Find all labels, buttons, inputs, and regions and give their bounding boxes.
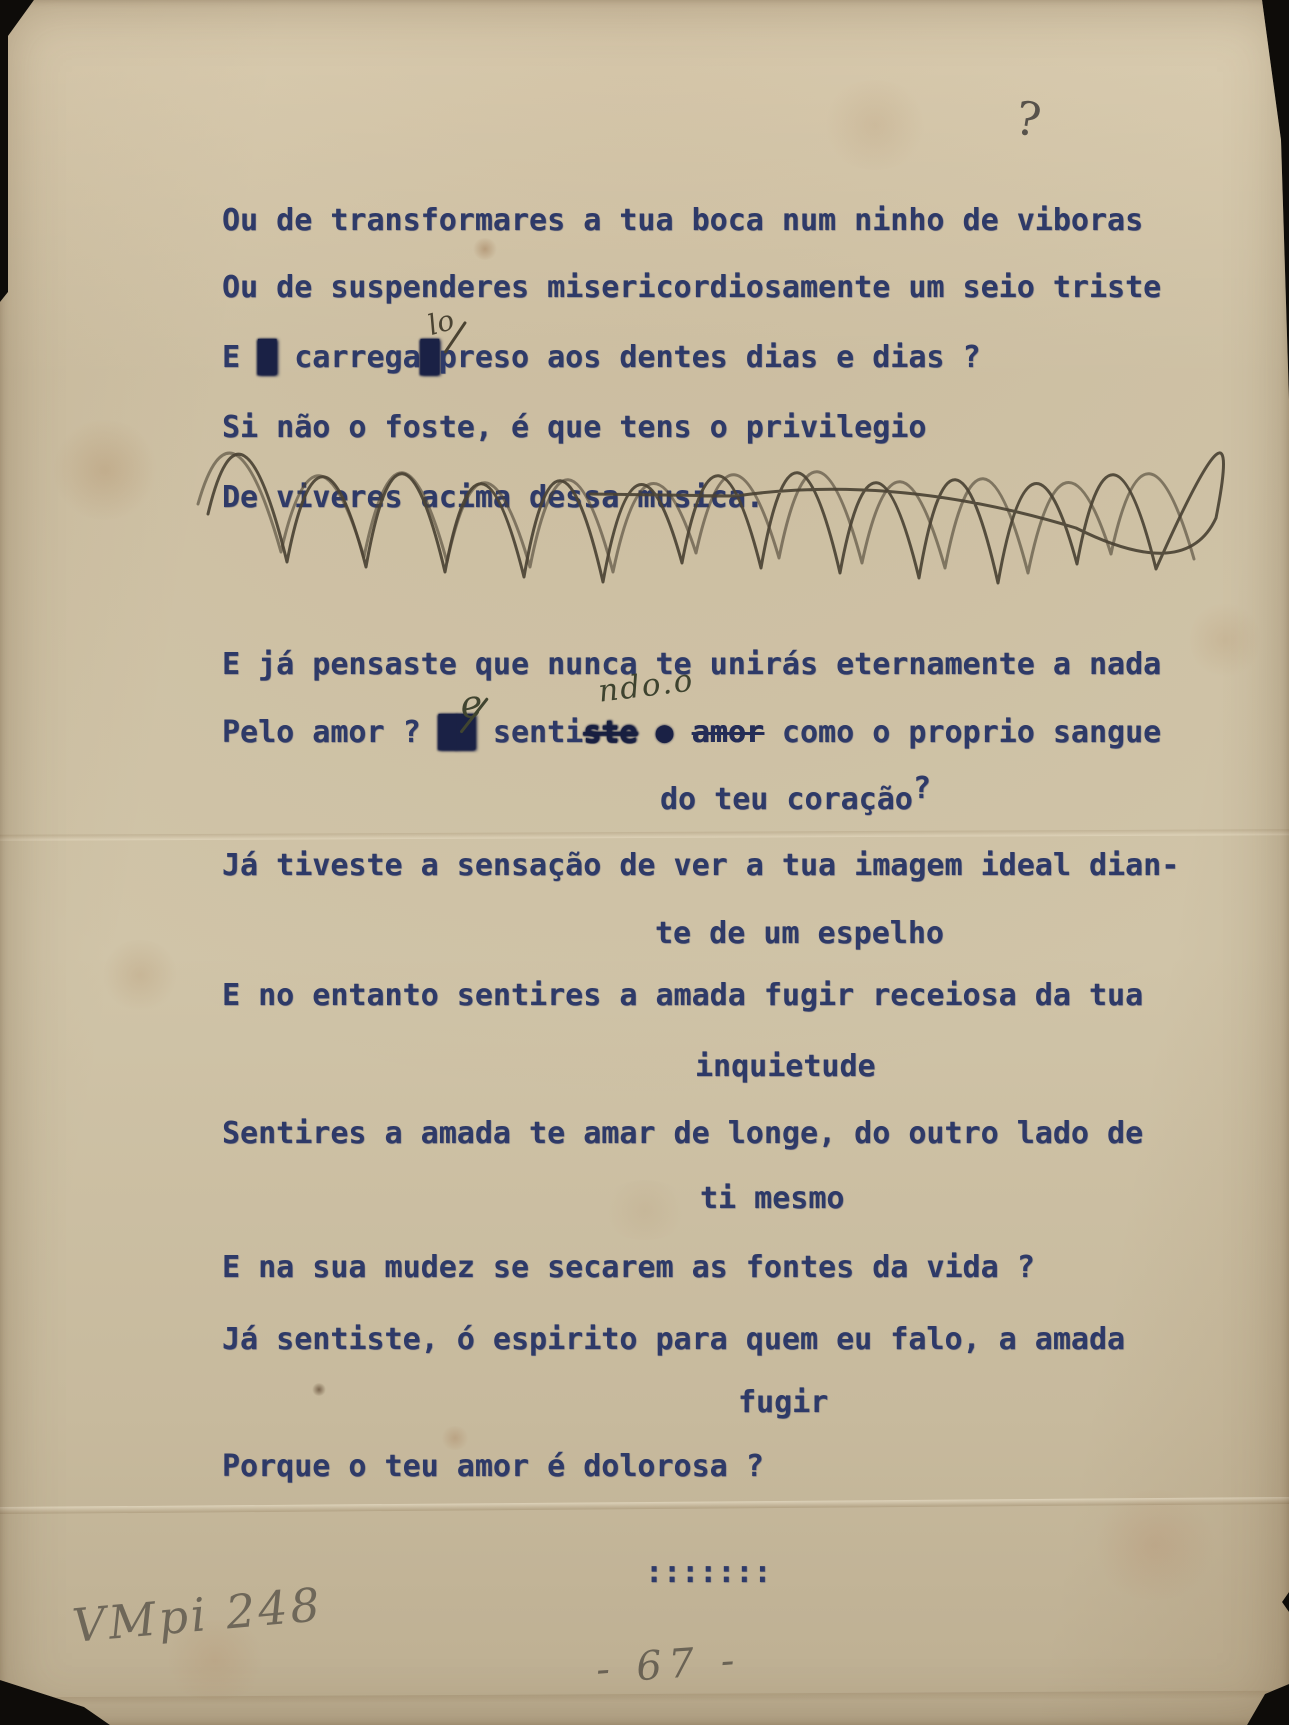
poem-line: Já tiveste a sensação de ver a tua image… (222, 846, 1179, 886)
stain (820, 80, 930, 170)
line3-end: preso aos dentes dias e dias ? (439, 340, 981, 375)
poem-line: Já sentiste, ó espirito para quem eu fal… (222, 1320, 1125, 1360)
scribble-stroke (208, 453, 1224, 583)
pencil-page-number: - 67 - (595, 1637, 743, 1693)
fold-crease (0, 1691, 1289, 1706)
stain (100, 940, 180, 1010)
handwritten-insertion-e: e (457, 681, 485, 728)
stain (1190, 600, 1260, 680)
caret-slash (459, 697, 488, 733)
poem-line-corrected: E █ carrega█preso aos dentes dias e dias… (222, 338, 981, 378)
stain (312, 1383, 326, 1396)
poem-line: fugir (738, 1383, 828, 1423)
caret-slash (443, 321, 466, 354)
stain (600, 1180, 690, 1240)
strikethrough-scribble (190, 368, 1280, 608)
poem-line-struck: De viveres acima dessa musica. (222, 478, 764, 518)
poem-line: inquietude (695, 1047, 876, 1087)
poem-line: do teu coração? (660, 780, 931, 820)
fold-crease (0, 829, 1289, 841)
ink-blot: ● (637, 715, 691, 750)
overstruck-text: ste (583, 715, 637, 750)
ink-blot: ██ (439, 715, 475, 750)
poem-line: Porque o teu amor é dolorosa ? (222, 1447, 764, 1487)
handwritten-insertion-lo: lo (424, 303, 458, 342)
scanned-document: Ou de transformares a tua boca num ninho… (0, 0, 1289, 1725)
poem-line: Ou de suspenderes misericordiosamente um… (222, 268, 1161, 308)
line7-end: como o proprio sangue (764, 715, 1161, 750)
stain (160, 1620, 270, 1700)
handwritten-insertion-ndo: ndo.o (596, 662, 696, 709)
line3-start: E (222, 340, 258, 375)
poem-line: te de um espelho (655, 914, 944, 954)
pencil-catalog-code: VMpi 248 (70, 1577, 325, 1653)
poem-line: Sentires a amada te amar de longe, do ou… (222, 1114, 1143, 1154)
fold-crease (0, 1497, 1289, 1514)
struck-word: amor (692, 715, 764, 750)
ink-blot: █ (421, 340, 439, 375)
pencil-question-mark: ? (1012, 90, 1045, 147)
poem-line-struck: Si não o foste, é que tens o privilegio (222, 408, 926, 448)
raised-question-mark: ? (913, 771, 931, 806)
poem-line: E já pensaste que nunca te unirás eterna… (222, 645, 1161, 685)
ink-blot: █ (258, 340, 276, 375)
poem-line: Ou de transformares a tua boca num ninho… (222, 201, 1143, 241)
stain (472, 238, 498, 260)
poem-line: E no entanto sentires a amada fugir rece… (222, 976, 1143, 1016)
stain (50, 420, 160, 520)
poem-line-corrected: Pelo amor ? ██ sentiste ● amor como o pr… (222, 713, 1161, 753)
stain (440, 1426, 470, 1450)
line7-mid: senti (475, 715, 583, 750)
line3-mid: carrega (276, 340, 421, 375)
line7-start: Pelo amor ? (222, 715, 439, 750)
poem-line: E na sua mudez se secarem as fontes da v… (222, 1248, 1035, 1288)
end-divider: ::::::: (645, 1553, 771, 1593)
poem-line: ti mesmo (700, 1179, 845, 1219)
scribble-stroke (198, 453, 1194, 573)
paper-sheet: Ou de transformares a tua boca num ninho… (0, 0, 1289, 1725)
stain (1090, 1490, 1220, 1600)
line8-text: do teu coração (660, 782, 913, 817)
